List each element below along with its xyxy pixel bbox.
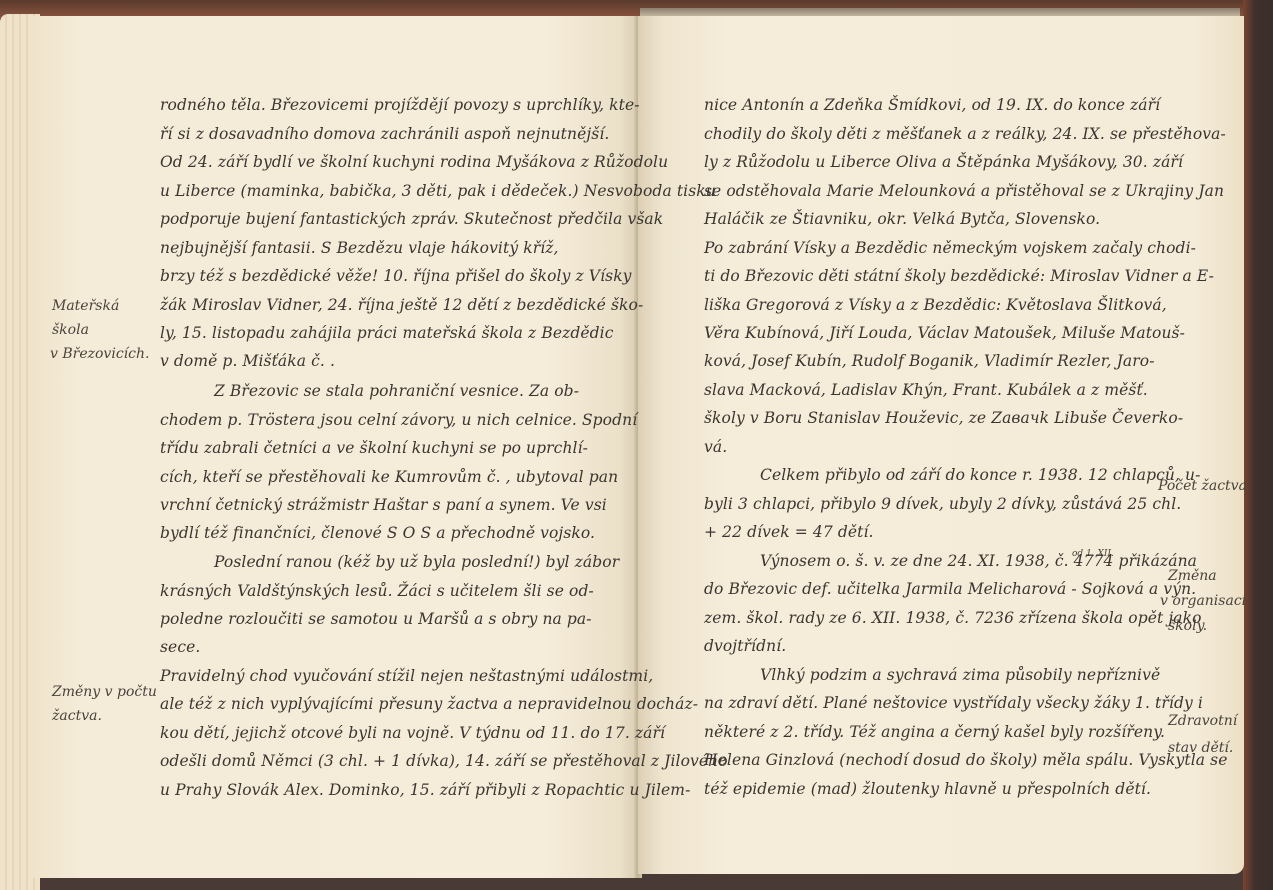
margin-note-line: Změny v počtu — [52, 680, 157, 704]
text-line: ale též z nich vyplývajícími přesuny žac… — [160, 695, 698, 713]
margin-note-line: škola — [52, 318, 149, 342]
margin-note-zmeny-v-poctu: Změny v počtu žactva. — [52, 680, 157, 728]
text-line: krásných Valdštýnských lesů. Žáci s učit… — [160, 582, 594, 600]
text-line: kou dětí, jejichž otcové byli na vojně. … — [160, 724, 665, 742]
right-page: Počet žactva. Změna v organisaci školy. … — [638, 16, 1244, 874]
text-line: ly z Růžodolu u Liberce Oliva a Štěpánka… — [704, 153, 1183, 171]
text-line: též epidemie (mad) žloutenky hlavně u př… — [704, 780, 1151, 798]
text-line: Po zabrání Vísky a Bezdědic německým voj… — [704, 239, 1196, 257]
text-line: Z Březovic se stala pohraniční vesnice. … — [214, 382, 579, 400]
text-line: vrchní četnický strážmistr Haštar s paní… — [160, 496, 607, 514]
text-line: žák Miroslav Vidner, 24. října ještě 12 … — [160, 296, 643, 314]
text-line: na zdraví dětí. Plané neštovice vystřída… — [704, 694, 1203, 712]
text-line: dvojtřídní. — [704, 637, 786, 655]
text-line: ti do Březovic děti státní školy bezdědi… — [704, 267, 1214, 285]
text-line: chodily do školy děti z měšťanek a z reá… — [704, 125, 1226, 143]
text-line: byli 3 chlapci, přibylo 9 dívek, ubyly 2… — [704, 495, 1181, 513]
text-line: nejbujnější fantasii. S Bezdězu vlaje há… — [160, 239, 559, 257]
text-line: slava Macková, Ladislav Khýn, Frant. Kub… — [704, 381, 1148, 399]
text-line: cích, kteří se přestěhovali ke Kumrovům … — [160, 468, 618, 486]
text-line: se odstěhovala Marie Melounková a přistě… — [704, 182, 1224, 200]
text-line: rodného těla. Březovicemi projíždějí pov… — [160, 96, 640, 114]
text-line: některé z 2. třídy. Též angina a černý k… — [704, 723, 1165, 741]
text-line: u Liberce (maminka, babička, 3 děti, pak… — [160, 182, 716, 200]
text-line: podporuje bujení fantastických zpráv. Sk… — [160, 210, 663, 228]
margin-note-line: žactva. — [52, 704, 157, 728]
text-line: + 22 dívek = 47 dětí. — [704, 523, 874, 541]
text-line: ly, 15. listopadu zahájila práci mateřsk… — [160, 324, 614, 342]
text-line: vá. — [704, 438, 727, 456]
margin-note-materska-skola: Mateřská škola v Březovicích. — [52, 294, 149, 366]
text-line: Vlhký podzim a sychravá zima působily ne… — [760, 666, 1160, 684]
text-line: Od 24. září bydlí ve školní kuchyni rodi… — [160, 153, 668, 171]
text-line: Výnosem o. š. v. ze dne 24. XI. 1938, č.… — [760, 552, 1197, 570]
text-line: sece. — [160, 638, 200, 656]
text-line: nice Antonín a Zdeňka Šmídkovi, od 19. I… — [704, 96, 1160, 114]
text-line: u Prahy Slovák Alex. Dominko, 15. září p… — [160, 781, 690, 799]
text-line: bydlí též finančníci, členové S O S a př… — [160, 524, 595, 542]
text-line: zem. škol. rady ze 6. XII. 1938, č. 7236… — [704, 609, 1202, 627]
text-line: odešli domů Němci (3 chl. + 1 dívka), 14… — [160, 752, 728, 770]
text-line: Pravidelný chod vyučování stížil nejen n… — [160, 667, 653, 685]
text-line: Haláčik ze Štiavniku, okr. Velká Bytča, … — [704, 210, 1100, 228]
text-line: v domě p. Mišťáka č. . — [160, 352, 335, 370]
text-line: Poslední ranou (kéž by už byla poslední!… — [214, 553, 619, 571]
text-line: školy v Boru Stanislav Houževic, ze Zaва… — [704, 409, 1183, 427]
text-line: Celkem přibylo od září do konce r. 1938.… — [760, 466, 1200, 484]
margin-note-zmena-v-organisaci: Změna v organisaci školy. — [1168, 564, 1246, 639]
text-line: ková, Josef Kubín, Rudolf Boganik, Vladi… — [704, 352, 1155, 370]
text-line: liška Gregorová z Vísky a z Bezdědic: Kv… — [704, 296, 1167, 314]
text-line: brzy též s bezdědické věže! 10. října př… — [160, 267, 632, 285]
margin-note-line: Mateřská — [52, 294, 149, 318]
text-line: Helena Ginzlová (nechodí dosud do školy)… — [704, 751, 1227, 769]
text-line: ří si z dosavadního domova zachránili as… — [160, 125, 609, 143]
text-line: chodem p. Trösterа jsou celní závory, u … — [160, 411, 637, 429]
text-line: poledne rozloučiti se samotou u Maršů a … — [160, 610, 592, 628]
text-line: do Březovic def. učitelka Jarmila Melich… — [704, 580, 1196, 598]
book-cover-right — [1243, 0, 1273, 890]
text-line: třídu zabrali četníci a ve školní kuchyn… — [160, 439, 588, 457]
margin-note-line: v Březovicích. — [50, 342, 149, 366]
text-line: Věra Kubínová, Jiří Louda, Václav Matouš… — [704, 324, 1185, 342]
margin-note-line: Zdravotní — [1168, 708, 1237, 735]
